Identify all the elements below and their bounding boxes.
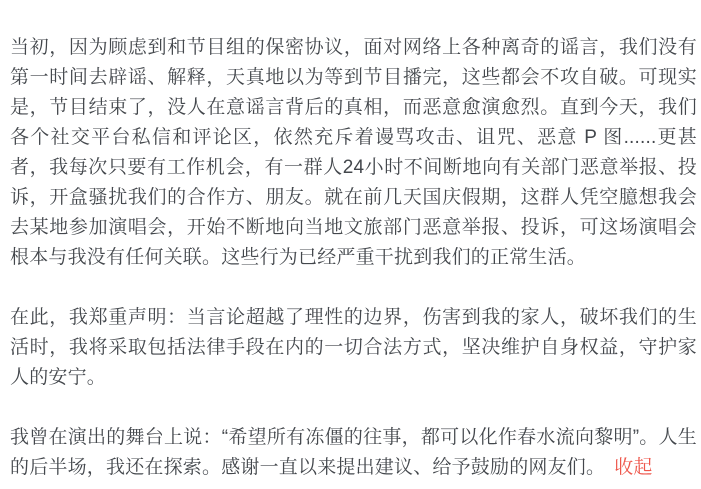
post-paragraph-3-text: 我曾在演出的舞台上说：“希望所有冻僵的往事，都可以化作春水流向黎明”。人生的后半… [10, 427, 697, 478]
post-paragraph-3: 我曾在演出的舞台上说：“希望所有冻僵的往事，都可以化作春水流向黎明”。人生的后半… [10, 423, 697, 483]
post-body: 当初，因为顾虑到和节目组的保密协议，面对网络上各种离奇的谣言，我们没有第一时间去… [0, 0, 701, 483]
collapse-link[interactable]: 收起 [614, 457, 652, 478]
post-paragraph-2: 在此，我郑重声明：当言论超越了理性的边界，伤害到我的家人，破坏我们的生活时，我将… [10, 303, 697, 393]
post-paragraph-1: 当初，因为顾虑到和节目组的保密协议，面对网络上各种离奇的谣言，我们没有第一时间去… [10, 33, 697, 273]
